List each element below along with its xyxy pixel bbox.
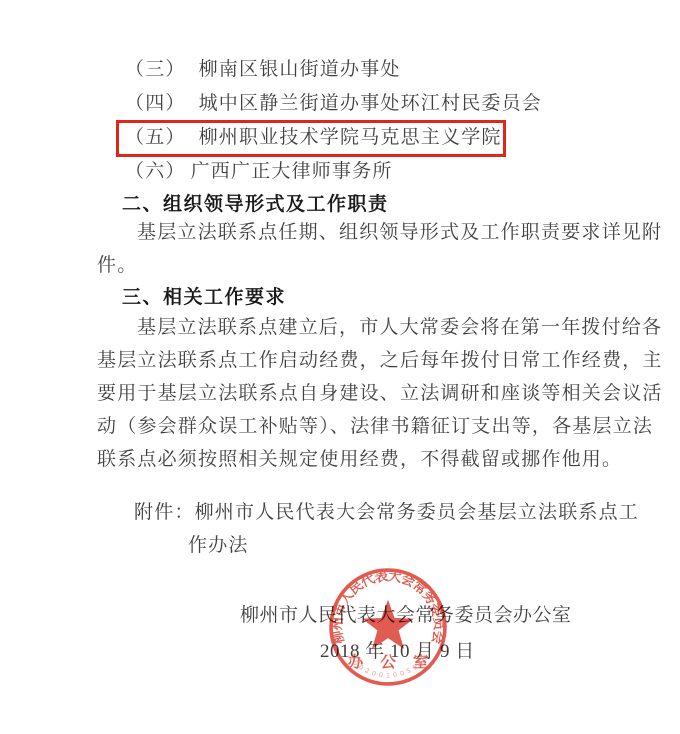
attachment-line: 附件：柳州市人民代表大会常务委员会基层立法联系点工 (134, 501, 639, 525)
list-item-number: （四） (125, 93, 186, 114)
list-item-number: （六） (125, 161, 186, 182)
list-item-text: 柳州职业技术学院马克思主义学院 (199, 127, 502, 148)
list-item-number: （五） (125, 127, 186, 148)
attachment-line: 作办法 (188, 534, 249, 558)
section2-body-line: 基层立法联系点任期、组织领导形式及工作职责要求详见附 (137, 221, 662, 245)
section3-body-line: 要用于基层立法联系点自身建设、立法调研和座谈等相关会议活 (97, 382, 663, 406)
section3-heading: 三、相关工作要求 (122, 286, 286, 310)
seal-star-icon (362, 600, 414, 649)
list-item-text: 柳南区银山街道办事处 (199, 59, 401, 80)
section3-body-line: 基层立法联系点建立后，市人大常委会将在第一年拨付给各 (137, 316, 662, 340)
section3-body-line: 联系点必须按照相关规定使用经费，不得截留或挪作他用。 (97, 448, 622, 472)
section2-heading: 二、组织领导形式及工作职责 (122, 193, 389, 217)
list-item-text: 广西广正大律师事务所 (191, 161, 393, 182)
official-seal: 柳州市人民代表大会常务委员会 办公室 4502001005541 (327, 566, 449, 688)
section2-body-line: 件。 (97, 254, 137, 278)
list-item: （六）广西广正大律师事务所 (125, 160, 393, 184)
list-item-number: （三） (125, 59, 186, 80)
document-page: （三）柳南区银山街道办事处 （四）城中区静兰街道办事处环江村民委员会 （五）柳州… (0, 0, 680, 734)
list-item: （三）柳南区银山街道办事处 (125, 58, 401, 82)
section3-body-line: 动（参会群众误工补贴等）、法律书籍征订支出等，各基层立法 (97, 415, 653, 439)
list-item-highlighted: （五）柳州职业技术学院马克思主义学院 (125, 126, 502, 150)
section3-body-line: 基层立法联系点工作启动经费，之后每年拨付日常工作经费，主 (97, 349, 663, 373)
list-item-text: 城中区静兰街道办事处环江村民委员会 (199, 93, 542, 114)
list-item: （四）城中区静兰街道办事处环江村民委员会 (125, 92, 542, 116)
